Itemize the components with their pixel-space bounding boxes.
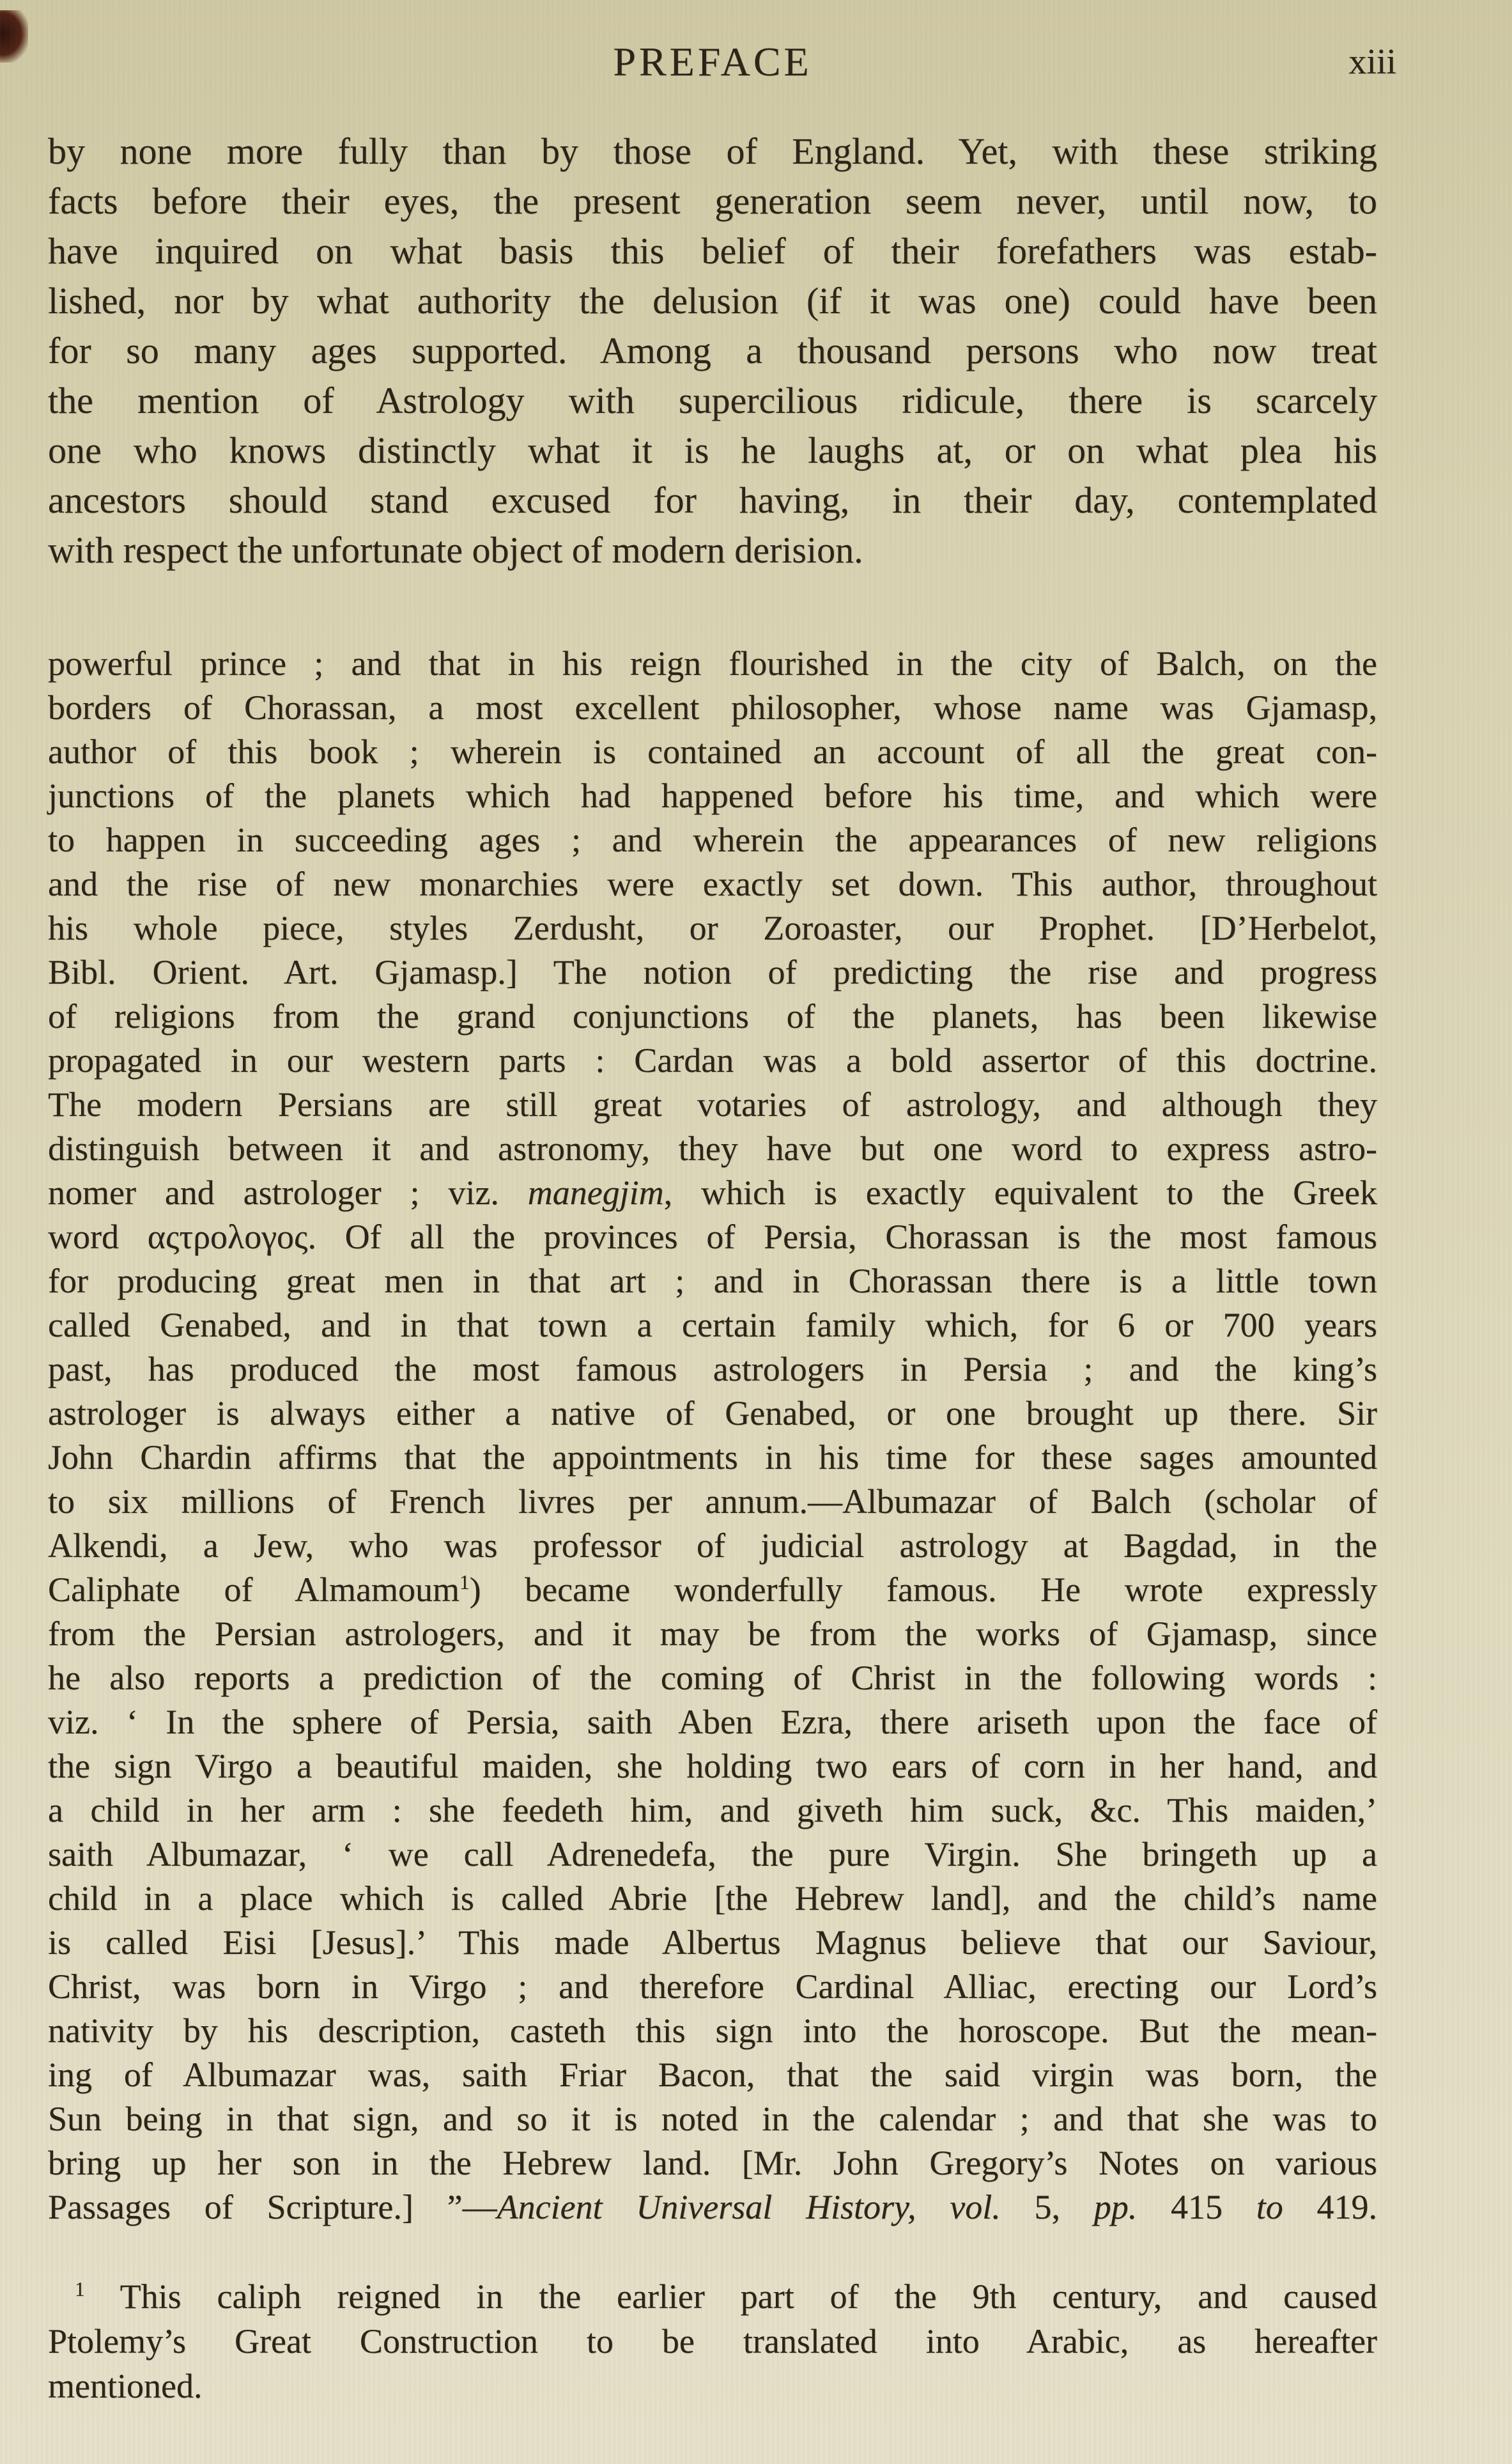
text-line: of religions from the grand conjunctions…: [48, 995, 1377, 1039]
opening-paragraph: by none more fully than by those of Engl…: [48, 127, 1377, 575]
text-line: he also reports a prediction of the comi…: [48, 1656, 1377, 1700]
text-line: bring up her son in the Hebrew land. [Mr…: [48, 2141, 1377, 2185]
text-line: propagated in our western parts : Cardan…: [48, 1039, 1377, 1083]
text-line: nomer and astrologer ; viz. manegjim, wh…: [48, 1171, 1377, 1215]
page-number: xiii: [1348, 35, 1396, 89]
text-line: author of this book ; wherein is contain…: [48, 730, 1377, 774]
text-line: ing of Albumazar was, saith Friar Bacon,…: [48, 2053, 1377, 2097]
text-line: and the rise of new monarchies were exac…: [48, 862, 1377, 906]
text-line: astrologer is always either a native of …: [48, 1391, 1377, 1436]
text-line: mentioned.: [48, 2364, 1377, 2408]
text-line: nativity by his description, casteth thi…: [48, 2009, 1377, 2053]
text-line: with respect the unfortunate object of m…: [48, 525, 1377, 575]
text-line: Sun being in that sign, and so it is not…: [48, 2097, 1377, 2141]
text-line: junctions of the planets which had happe…: [48, 774, 1377, 818]
text-line: Ptolemy’s Great Construction to be trans…: [48, 2319, 1377, 2364]
text-line: by none more fully than by those of Engl…: [48, 127, 1377, 176]
text-line: to happen in succeeding ages ; and where…: [48, 818, 1377, 862]
text-line: facts before their eyes, the present gen…: [48, 176, 1377, 226]
quoted-extract-paragraph: powerful prince ; and that in his reign …: [48, 642, 1377, 2229]
text-line: Passages of Scripture.] ”—Ancient Univer…: [48, 2185, 1377, 2229]
text-line: powerful prince ; and that in his reign …: [48, 642, 1377, 686]
text-line: ancestors should stand excused for havin…: [48, 476, 1377, 525]
text-line: past, has produced the most famous astro…: [48, 1347, 1377, 1391]
text-line: the mention of Astrology with supercilio…: [48, 376, 1377, 426]
text-line: one who knows distinctly what it is he l…: [48, 426, 1377, 476]
text-line: Alkendi, a Jew, who was professor of jud…: [48, 1524, 1377, 1568]
text-line: is called Eisi [Jesus].’ This made Alber…: [48, 1921, 1377, 1965]
text-line: a child in her arm : she feedeth him, an…: [48, 1788, 1377, 1833]
text-line: saith Albumazar, ‘ we call Adrenedefa, t…: [48, 1833, 1377, 1877]
text-line: 1 This caliph reigned in the earlier par…: [48, 2274, 1377, 2319]
text-line: lished, nor by what authority the delusi…: [48, 276, 1377, 326]
text-line: have inquired on what basis this belief …: [48, 226, 1377, 276]
text-line: viz. ‘ In the sphere of Persia, saith Ab…: [48, 1700, 1377, 1744]
page-header: PREFACE xiii: [48, 35, 1377, 92]
text-line: Christ, was born in Virgo ; and therefor…: [48, 1965, 1377, 2009]
text-line: John Chardin affirms that the appointmen…: [48, 1436, 1377, 1480]
page-title: PREFACE: [48, 35, 1377, 89]
text-line: child in a place which is called Abrie […: [48, 1877, 1377, 1921]
text-line: for producing great men in that art ; an…: [48, 1259, 1377, 1303]
text-line: from the Persian astrologers, and it may…: [48, 1612, 1377, 1656]
text-line: for so many ages supported. Among a thou…: [48, 326, 1377, 376]
text-line: the sign Virgo a beautiful maiden, she h…: [48, 1744, 1377, 1788]
text-line: Caliphate of Almamoum1) became wonderful…: [48, 1568, 1377, 1612]
text-line: Bibl. Orient. Art. Gjamasp.] The notion …: [48, 950, 1377, 995]
text-line: word αςτρολογος. Of all the provinces of…: [48, 1215, 1377, 1259]
footnote-paragraph: 1 This caliph reigned in the earlier par…: [48, 2274, 1377, 2408]
text-line: borders of Chorassan, a most excellent p…: [48, 686, 1377, 730]
scan-corner-artifact: [0, 10, 28, 63]
text-line: The modern Persians are still great vota…: [48, 1083, 1377, 1127]
text-line: called Genabed, and in that town a certa…: [48, 1303, 1377, 1347]
text-line: distinguish between it and astronomy, th…: [48, 1127, 1377, 1171]
text-line: to six millions of French livres per ann…: [48, 1480, 1377, 1524]
book-page-scan: PREFACE xiii by none more fully than by …: [0, 0, 1512, 2464]
text-line: his whole piece, styles Zerdusht, or Zor…: [48, 906, 1377, 950]
